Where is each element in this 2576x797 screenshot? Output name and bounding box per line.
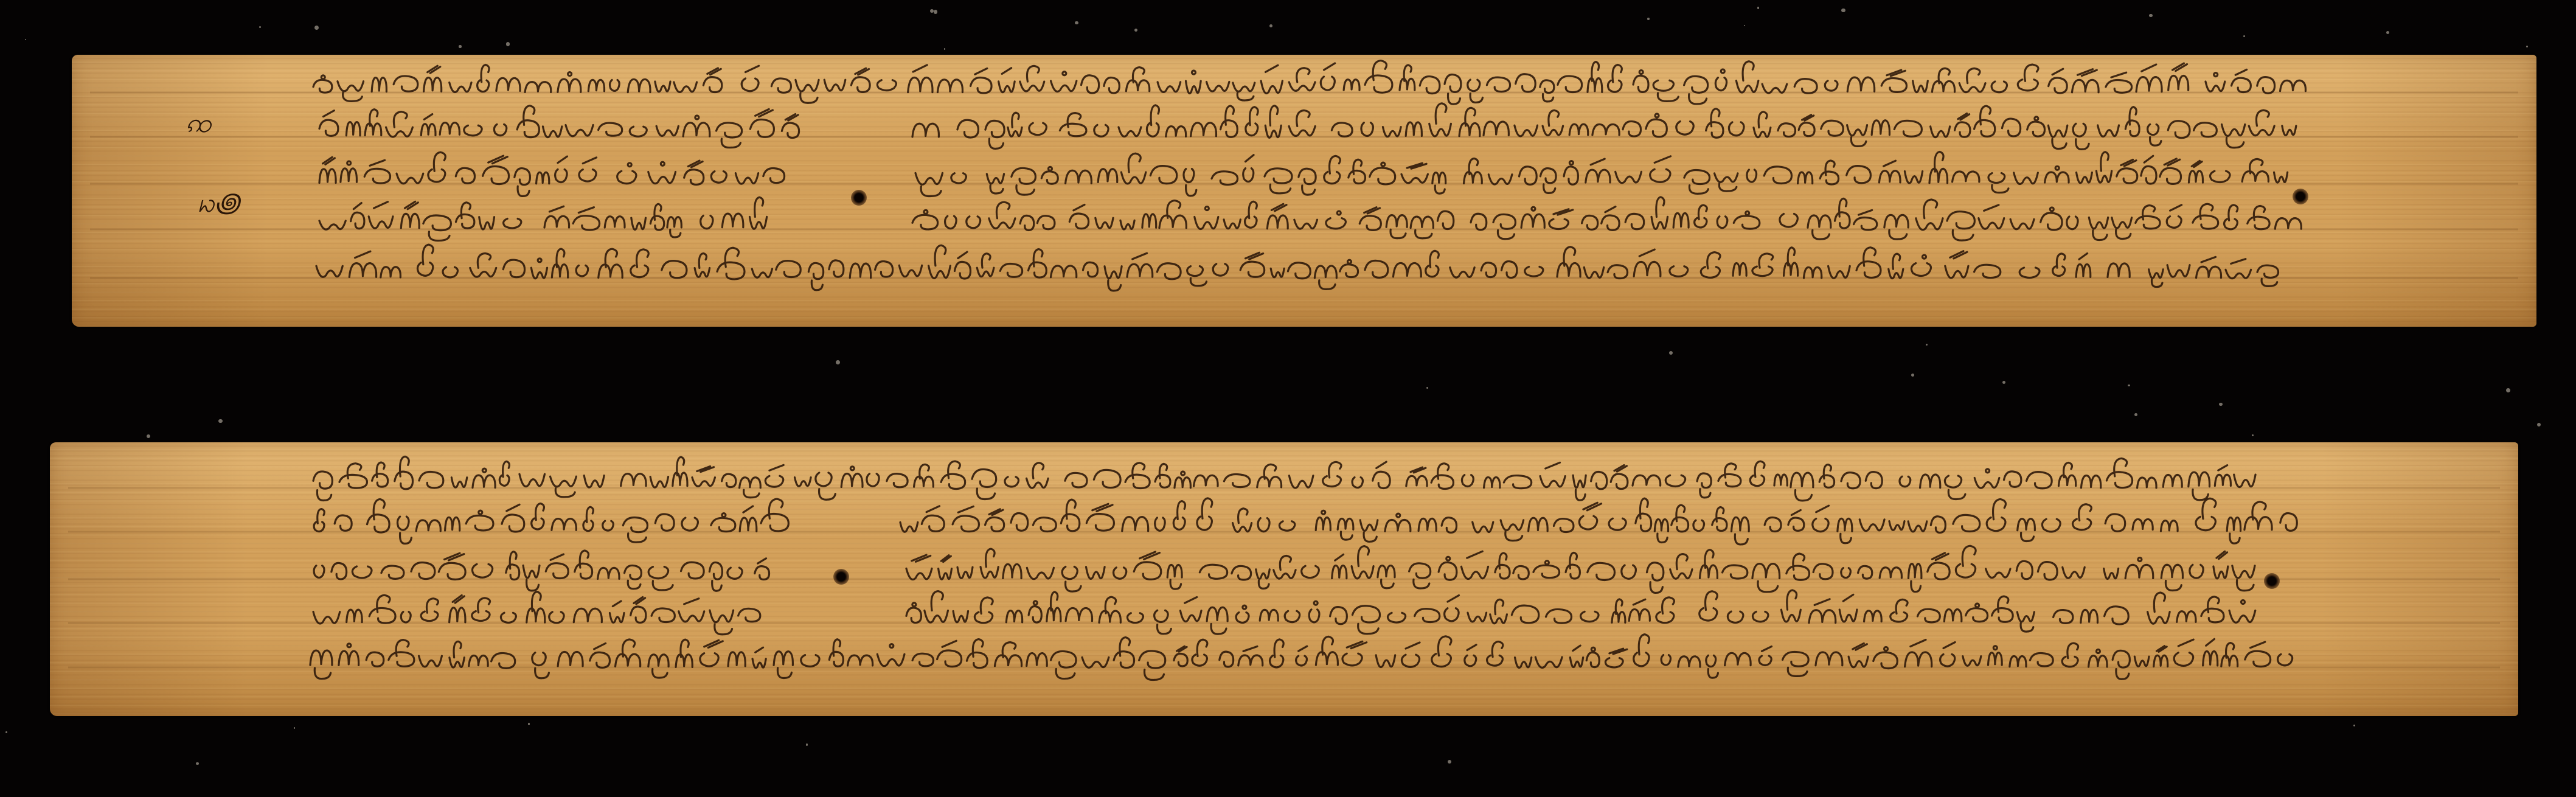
script-line	[319, 197, 2301, 241]
dust-speck	[294, 727, 296, 729]
dust-speck	[218, 419, 223, 423]
dust-speck	[836, 360, 840, 364]
script-line	[314, 546, 2255, 593]
script-line	[313, 590, 2255, 635]
dust-speck	[528, 723, 530, 725]
script-line	[316, 245, 2279, 291]
dust-speck	[1134, 29, 1137, 32]
dust-speck	[2252, 434, 2254, 436]
dust-speck	[2506, 388, 2510, 392]
dust-speck	[1757, 7, 1760, 9]
leaf-1: ꩡꩢ꩜	[72, 55, 2536, 327]
folio-margin-mark: ꩢ꩜	[198, 183, 240, 225]
dust-speck	[1448, 760, 1451, 764]
script-line	[319, 151, 2288, 196]
script-line	[314, 498, 2297, 545]
script-line	[313, 61, 2305, 105]
dust-speck	[2219, 403, 2223, 406]
folio-margin-mark: ꩡ	[186, 106, 212, 145]
dust-speck	[1075, 21, 1078, 25]
dust-speck	[25, 39, 26, 40]
dust-speck	[2386, 31, 2389, 34]
dust-speck	[1426, 387, 1428, 389]
dust-speck	[1269, 24, 1272, 27]
script-line	[313, 456, 2255, 501]
script-text-layer	[72, 55, 2536, 327]
dust-speck	[506, 42, 510, 46]
dust-speck	[1911, 374, 1914, 377]
dust-speck	[944, 48, 945, 49]
dust-speck	[1841, 9, 1845, 13]
dust-speck	[314, 26, 319, 30]
binding-hole	[2264, 573, 2280, 589]
dust-speck	[2353, 725, 2355, 726]
dust-speck	[147, 434, 150, 438]
dust-speck	[2526, 46, 2528, 47]
dust-speck	[2002, 381, 2005, 384]
binding-hole	[851, 190, 867, 206]
dust-speck	[2134, 413, 2137, 416]
script-text-layer	[50, 442, 2518, 716]
dust-speck	[1926, 344, 1928, 346]
dust-speck	[459, 45, 461, 47]
binding-hole	[2293, 189, 2308, 204]
dust-speck	[1647, 18, 1650, 20]
leaf-2	[50, 442, 2518, 716]
script-line	[319, 103, 2296, 150]
dust-speck	[2149, 14, 2153, 18]
dust-speck	[1669, 351, 1673, 355]
dust-speck	[2243, 35, 2245, 37]
dust-speck	[5, 731, 7, 733]
dust-speck	[259, 26, 262, 29]
script-line	[310, 635, 2293, 680]
dust-speck	[934, 10, 937, 13]
binding-hole	[833, 569, 849, 585]
dust-speck	[1744, 25, 1745, 26]
dust-speck	[196, 762, 199, 765]
dust-speck	[806, 743, 808, 746]
dust-speck	[2128, 385, 2130, 386]
dust-speck	[2537, 423, 2541, 426]
